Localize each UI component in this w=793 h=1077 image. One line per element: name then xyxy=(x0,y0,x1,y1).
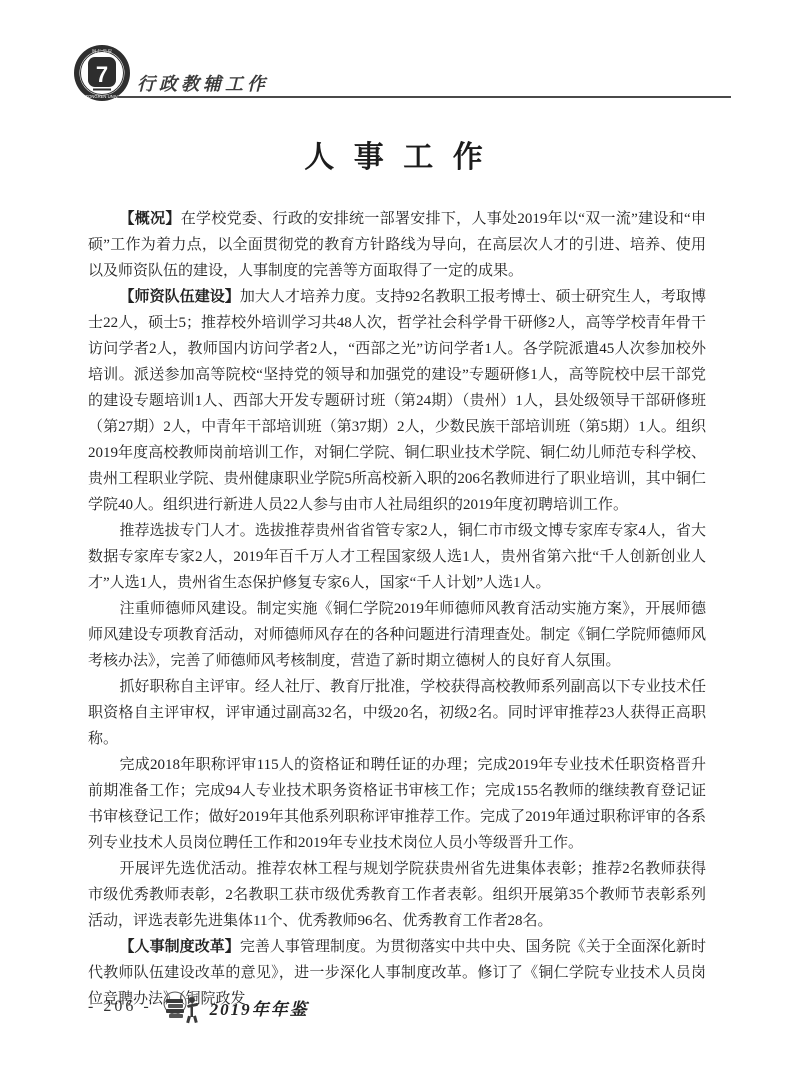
paragraph-teacher-ethics: 注重师德师风建设。制定实施《铜仁学院2019年师德师风教育活动实施方案》，开展师… xyxy=(88,596,706,674)
paragraph-lead: 【师资队伍建设】 xyxy=(120,288,240,305)
page-footer: - 206 - 2019年年鉴 xyxy=(88,990,309,1024)
paragraph-text: 完成2018年职称评审115人的资格证和聘任证的办理；完成2019年专业技术任职… xyxy=(88,757,706,851)
tongren-university-seal-icon: 7 铜 仁 学 院 TONGREN UNIV. xyxy=(73,44,131,102)
paragraph-faculty-building: 【师资队伍建设】加大人才培养力度。支持92名教职工报考博士、硕士研究生人，考取博… xyxy=(88,284,706,518)
paragraph-overview: 【概况】在学校党委、行政的安排统一部署安排下，人事处2019年以“双一流”建设和… xyxy=(88,206,706,284)
paragraph-certification-work: 完成2018年职称评审115人的资格证和聘任证的办理；完成2019年专业技术任职… xyxy=(88,752,706,856)
paragraph-text: 推荐选拔专门人才。选拔推荐贵州省省管专家2人，铜仁市市级文博专家库专家4人，省大… xyxy=(88,523,706,591)
header-rule xyxy=(105,96,731,98)
yearbook-label: 2019年年鉴 xyxy=(210,995,309,1020)
svg-text:7: 7 xyxy=(96,62,108,87)
article-body: 【概况】在学校党委、行政的安排统一部署安排下，人事处2019年以“双一流”建设和… xyxy=(88,206,706,1012)
page-number: - 206 - xyxy=(88,998,152,1016)
paragraph-title-review: 抓好职称自主评审。经人社厅、教育厅批准，学校获得高校教师系列副高以下专业技术任职… xyxy=(88,674,706,752)
page-title: 人 事 工 作 xyxy=(0,132,793,176)
paragraph-text: 注重师德师风建设。制定实施《铜仁学院2019年师德师风教育活动实施方案》，开展师… xyxy=(88,601,706,669)
paragraph-text: 加大人才培养力度。支持92名教职工报考博士、硕士研究生人，考取博士22人，硕士5… xyxy=(88,289,706,513)
yearbook-page: 7 铜 仁 学 院 TONGREN UNIV. 行政教辅工作 人 事 工 作 【… xyxy=(0,0,793,1077)
page-header: 7 铜 仁 学 院 TONGREN UNIV. 行政教辅工作 xyxy=(0,0,793,110)
svg-text:铜 仁 学 院: 铜 仁 学 院 xyxy=(92,48,113,55)
svg-text:TONGREN UNIV.: TONGREN UNIV. xyxy=(86,94,119,99)
paragraph-text: 开展评先选优活动。推荐农林工程与规划学院获贵州省先进集体表彰；推荐2名教师获得市… xyxy=(88,861,706,929)
paragraph-lead: 【概况】 xyxy=(120,210,181,227)
paragraph-text: 抓好职称自主评审。经人社厅、教育厅批准，学校获得高校教师系列副高以下专业技术任职… xyxy=(88,679,706,747)
paragraph-text: 在学校党委、行政的安排统一部署安排下，人事处2019年以“双一流”建设和“申硕”… xyxy=(88,211,706,279)
paragraph-talent-selection: 推荐选拔专门人才。选拔推荐贵州省省管专家2人，铜仁市市级文博专家库专家4人，省大… xyxy=(88,518,706,596)
paragraph-awards: 开展评先选优活动。推荐农林工程与规划学院获贵州省先进集体表彰；推荐2名教师获得市… xyxy=(88,856,706,934)
books-and-reader-icon xyxy=(161,990,201,1024)
paragraph-lead: 【人事制度改革】 xyxy=(120,938,240,955)
section-label: 行政教辅工作 xyxy=(137,70,269,96)
